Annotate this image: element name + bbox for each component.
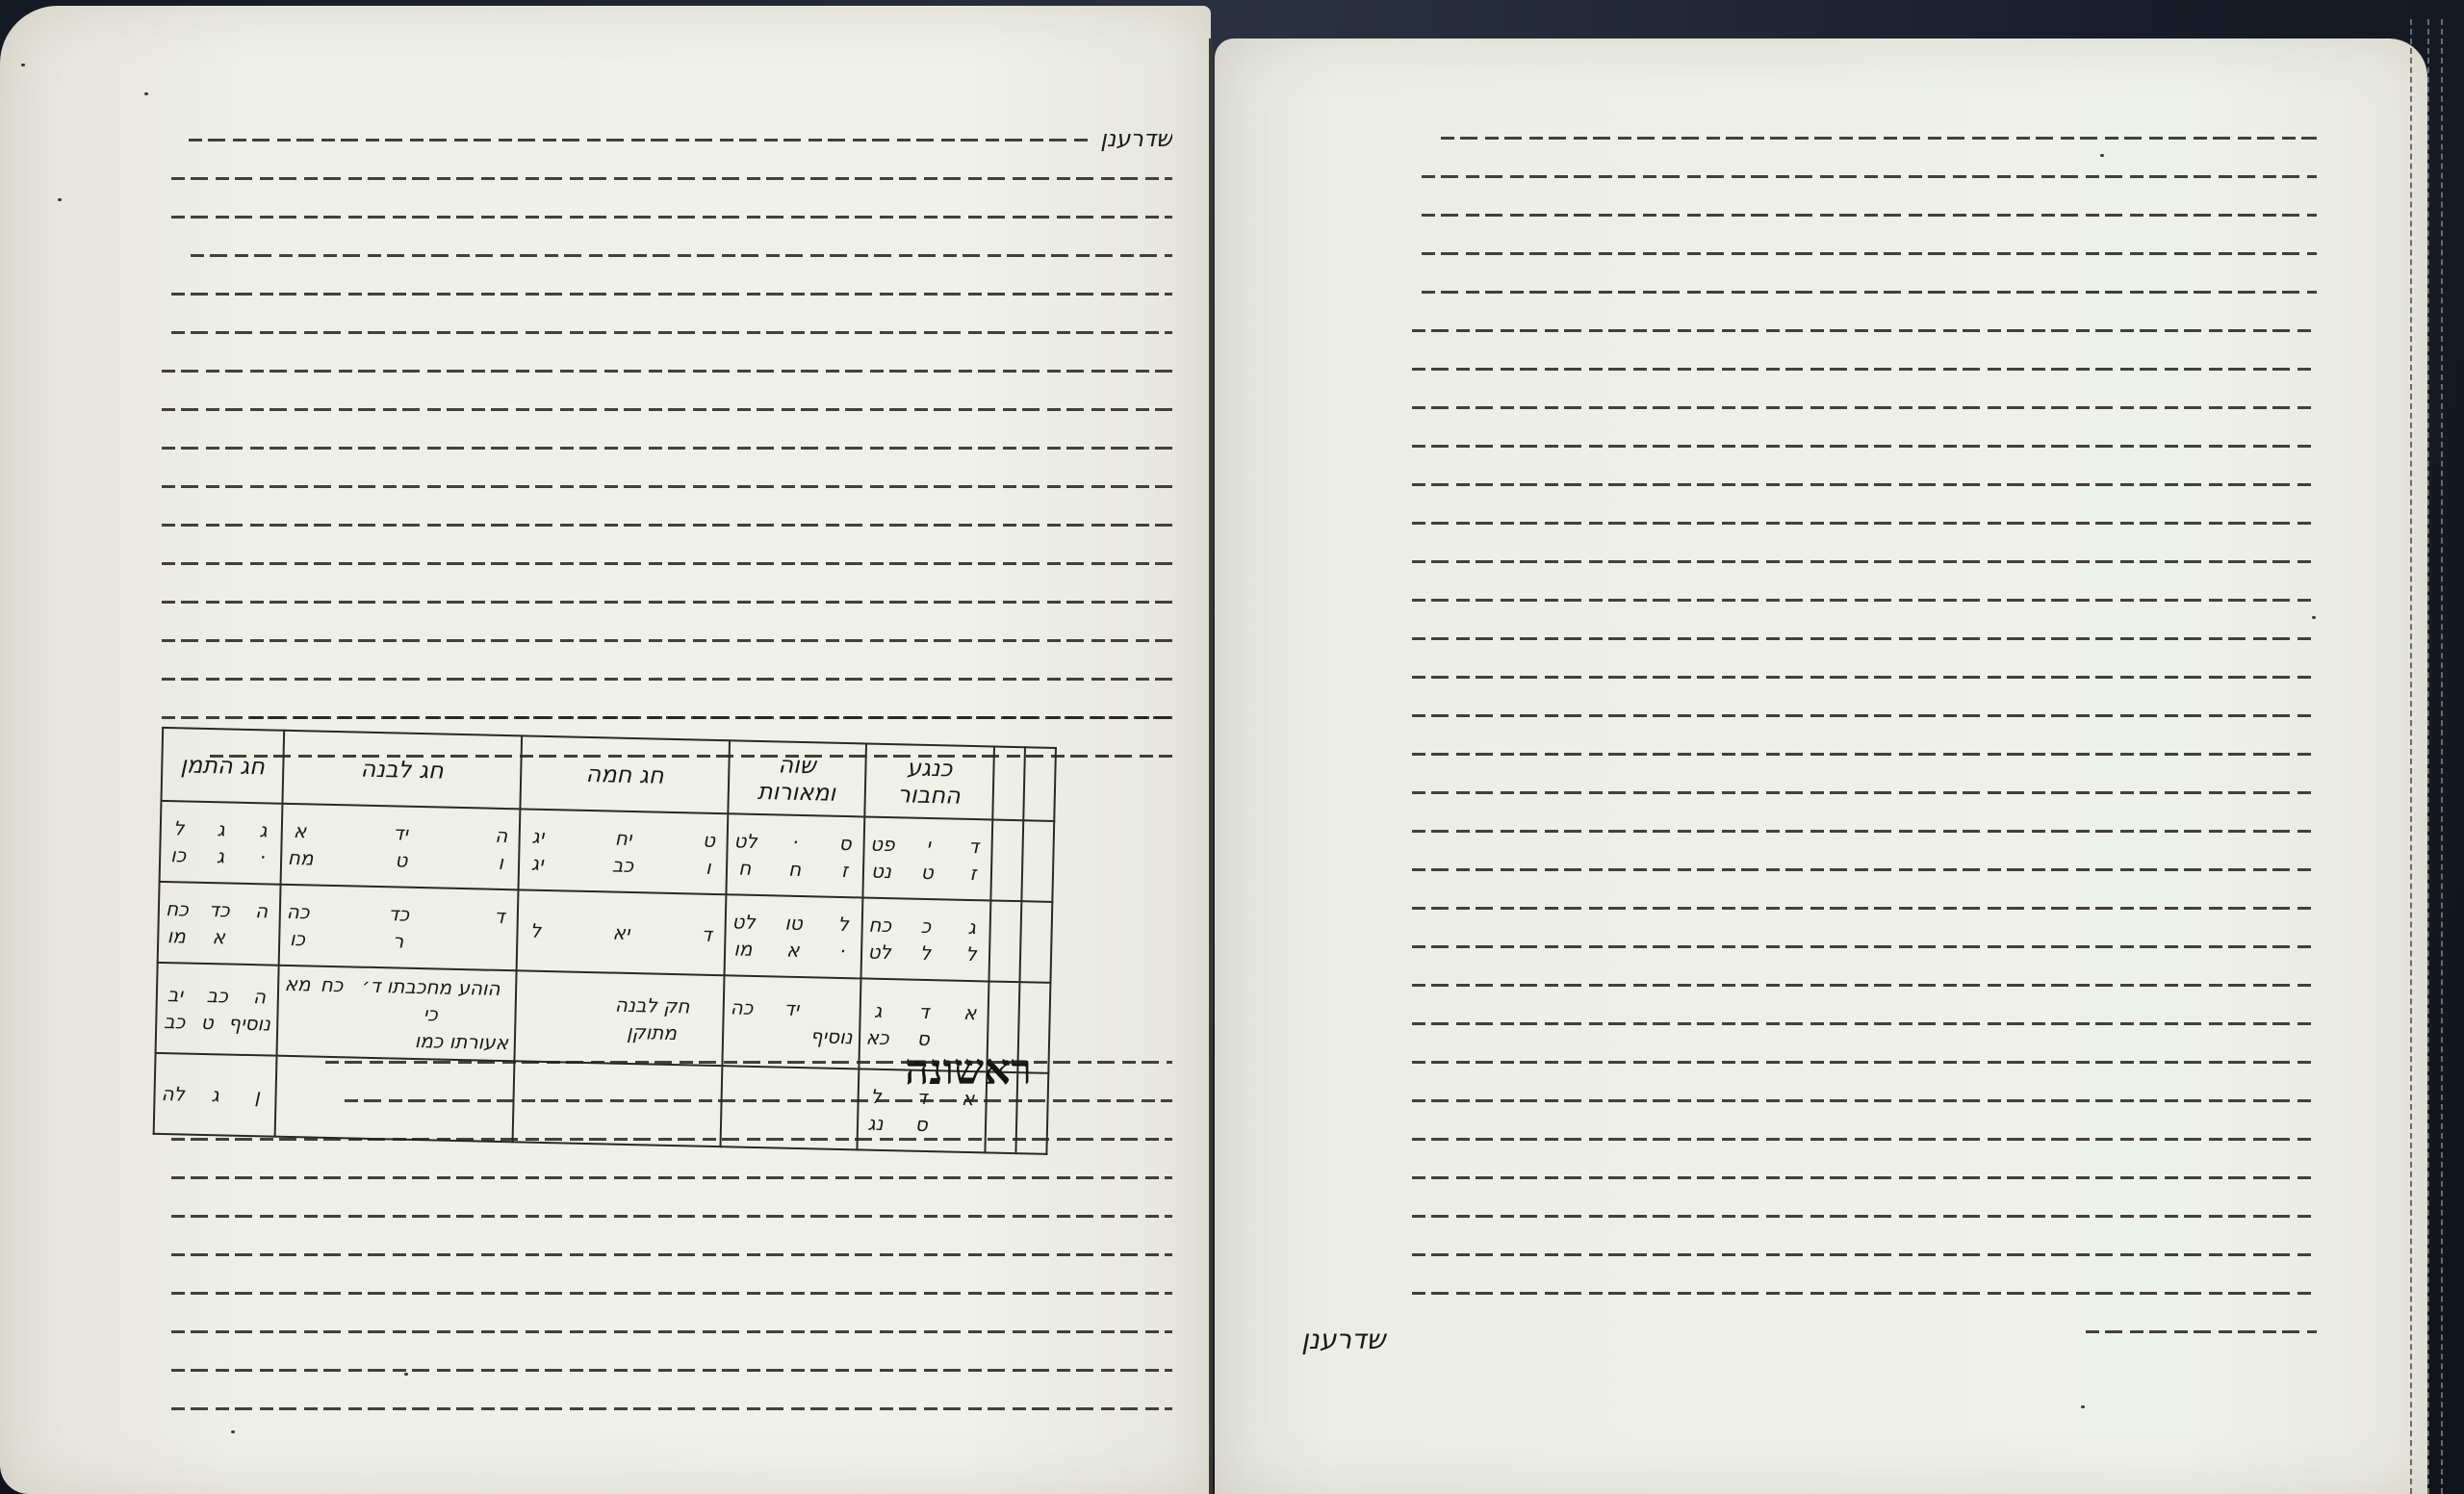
text-line (1354, 1003, 2317, 1042)
table-value: ז (962, 860, 986, 888)
table-value: כב (611, 852, 635, 880)
table-value: פט (870, 831, 895, 859)
table-value (830, 996, 854, 1024)
text-line (1354, 348, 2317, 387)
text-line (1354, 194, 2317, 233)
table-cell: ס·לטזחח (726, 813, 864, 897)
table-value: כד (207, 896, 231, 924)
table-value: ל (167, 814, 192, 842)
text-line (1354, 772, 2317, 811)
text-line (152, 1388, 1172, 1427)
table-value: הוהע מחכבתו ד׳ כי (352, 971, 510, 1029)
text-line (1354, 811, 2317, 849)
left-page: שדרענן (0, 6, 1211, 1494)
paper-speck (2100, 154, 2104, 157)
text-line: שדרענן (152, 119, 1172, 158)
table-value: חק לבנה מתוקן (587, 991, 717, 1047)
table-value: ג (209, 815, 233, 843)
table-value: · (251, 843, 275, 871)
table-value: א (781, 937, 805, 965)
table-value: יג (526, 823, 551, 851)
text-line (152, 1311, 1172, 1350)
text-line (1354, 425, 2317, 464)
text-line (1354, 156, 2317, 194)
text-line (152, 350, 1172, 389)
table-value: ח (783, 856, 807, 884)
column-header: חג לבנה (282, 731, 522, 810)
table-value: ה (247, 983, 271, 1011)
left-page-lower-text (152, 1042, 1172, 1427)
table-value: ד (695, 921, 719, 949)
table-cell: דכדכהרכו (278, 885, 518, 971)
table-value: כה (730, 993, 754, 1021)
paper-speck (144, 92, 148, 95)
table-value (554, 990, 578, 1044)
table-value: ג (209, 842, 233, 870)
column-header: שוה ומאורות (728, 740, 865, 816)
table-value: יד (780, 995, 804, 1023)
text-line (152, 158, 1172, 196)
text-line (1354, 926, 2317, 965)
text-line (1354, 1196, 2317, 1234)
text-line (1354, 541, 2317, 580)
table-value (522, 989, 546, 1043)
table-value (249, 924, 273, 952)
text-line (1354, 310, 2317, 348)
paper-speck (231, 1430, 235, 1433)
table-value: ו (697, 854, 721, 882)
table-value: ס (834, 830, 858, 858)
text-line (1354, 849, 2317, 888)
table-cell: הידאוטמח (280, 804, 520, 890)
table-value: לט (867, 939, 891, 966)
table-value: מו (165, 922, 189, 950)
text-line (152, 273, 1172, 312)
table-value: ה (249, 897, 273, 925)
text-line (1354, 1080, 2317, 1119)
page-edges (2406, 19, 2464, 1494)
text-line (152, 427, 1172, 466)
table-cell: גגל·גכו (160, 801, 283, 885)
table-value: כב (205, 982, 229, 1010)
table-value: ל (960, 940, 984, 968)
text-line (1354, 618, 2317, 657)
table-value: כח (868, 912, 892, 940)
text-line (152, 196, 1172, 235)
table-value: ט (915, 859, 939, 887)
text-line (1354, 464, 2317, 502)
text-line (152, 1042, 1172, 1080)
table-value: ט (390, 846, 414, 874)
table-value: ח (733, 854, 757, 882)
text-line (1354, 580, 2317, 618)
text-line (152, 1080, 1172, 1119)
text-line (152, 1350, 1172, 1388)
table-value: ה (490, 822, 514, 850)
table-value: מא (284, 970, 311, 1025)
table-value: ט (195, 1009, 219, 1037)
paper-speck (2081, 1405, 2085, 1408)
text-line (1354, 1119, 2317, 1157)
paper-speck (2312, 616, 2316, 619)
table-value: · (783, 829, 808, 857)
text-line (152, 1273, 1172, 1311)
table-cell: הכדכחאמו (158, 882, 281, 966)
text-line (1354, 888, 2317, 926)
table-cell: דיאל (517, 889, 727, 975)
text-line (152, 1234, 1172, 1273)
text-line (152, 389, 1172, 427)
table-value: ד (488, 903, 512, 931)
table-value: ר (386, 927, 410, 955)
text-line (1354, 387, 2317, 425)
table-value: כה (286, 898, 310, 926)
table-value: יד (389, 819, 413, 847)
table-value: כ (914, 913, 938, 940)
text-line (1354, 1311, 2317, 1350)
table-value: ל (832, 911, 856, 939)
table-value: ל (524, 916, 548, 944)
text-line (1354, 1042, 2317, 1080)
table-value: כח (320, 971, 344, 1026)
row-label (1019, 901, 1052, 983)
text-line (1354, 657, 2317, 695)
text-line (1354, 1273, 2317, 1311)
column-header: חג חמה (520, 735, 729, 813)
table-value: ג (251, 816, 275, 844)
text-line (152, 658, 1172, 697)
table-value: טו (782, 910, 806, 938)
table-value: נוסיף (228, 1010, 270, 1038)
text-line (1354, 965, 2317, 1003)
row-label (988, 900, 1021, 982)
table-value: ל (913, 940, 937, 967)
paper-speck (404, 1373, 408, 1376)
paper-speck (21, 64, 25, 66)
text-line (152, 620, 1172, 658)
table-value: יג (526, 850, 550, 878)
paper-speck (58, 198, 62, 201)
table-value: ד (962, 833, 986, 861)
table-value: יב (164, 981, 188, 1009)
table-value: לט (733, 827, 757, 855)
manuscript-photo: שדרענן (0, 0, 2464, 1494)
row-label (990, 820, 1023, 902)
book-gutter (1209, 39, 1213, 1494)
table-value: יח (611, 825, 635, 853)
text-line (1354, 1234, 2317, 1273)
text-line (1354, 271, 2317, 310)
table-value: ד (912, 998, 937, 1026)
table-value: כו (286, 925, 310, 953)
table-value: כד (387, 900, 411, 928)
table-value: ג (960, 914, 984, 941)
text-line (152, 1157, 1172, 1196)
table-value: י (916, 832, 940, 860)
text-line (1354, 1157, 2317, 1196)
text-line (1354, 233, 2317, 271)
table-value: א (207, 923, 231, 951)
catchword: שדרענן (1301, 1324, 1385, 1355)
text-line (152, 543, 1172, 581)
table-value: ט (697, 827, 721, 855)
text-line (152, 581, 1172, 620)
table-value: נט (869, 858, 893, 886)
table-value: לט (731, 908, 756, 936)
row-label (1021, 820, 1054, 902)
table-value: כב (163, 1008, 187, 1036)
text-line (152, 466, 1172, 504)
table-value: כו (167, 841, 191, 869)
text-line (152, 235, 1172, 273)
table-cell: גככחלללט (860, 897, 990, 981)
table-cell: דיפטזטנט (862, 816, 992, 900)
row-label-header (1023, 747, 1056, 821)
left-page-body-text: שדרענן (152, 119, 1172, 774)
table-value: ג (866, 997, 890, 1025)
table-value: · (831, 938, 855, 966)
row-label-header (992, 747, 1025, 821)
table-value: ז (833, 857, 857, 885)
text-line (152, 1196, 1172, 1234)
table-value: יא (609, 919, 633, 947)
table-value: א (288, 817, 312, 845)
right-page-body-text (1354, 117, 2317, 1350)
text-line (1354, 502, 2317, 541)
table-value: מח (288, 844, 314, 872)
table-value: כח (166, 895, 190, 923)
table-value: ו (489, 849, 513, 877)
table-cell: טיחיגוכביג (519, 809, 729, 894)
column-header: חג התמן (161, 728, 283, 804)
text-line (1354, 117, 2317, 156)
text-line (1354, 734, 2317, 772)
right-page: שדרענן (1215, 39, 2427, 1494)
text-line (152, 1119, 1172, 1157)
table-value: מו (731, 935, 756, 963)
column-header: כנגע החבור (864, 743, 994, 819)
table-cell: לטולט·אמו (724, 894, 862, 978)
text-line (152, 312, 1172, 350)
text-line (152, 504, 1172, 543)
text-line (1354, 695, 2317, 734)
table-value: א (958, 999, 982, 1027)
table-value (487, 930, 511, 958)
